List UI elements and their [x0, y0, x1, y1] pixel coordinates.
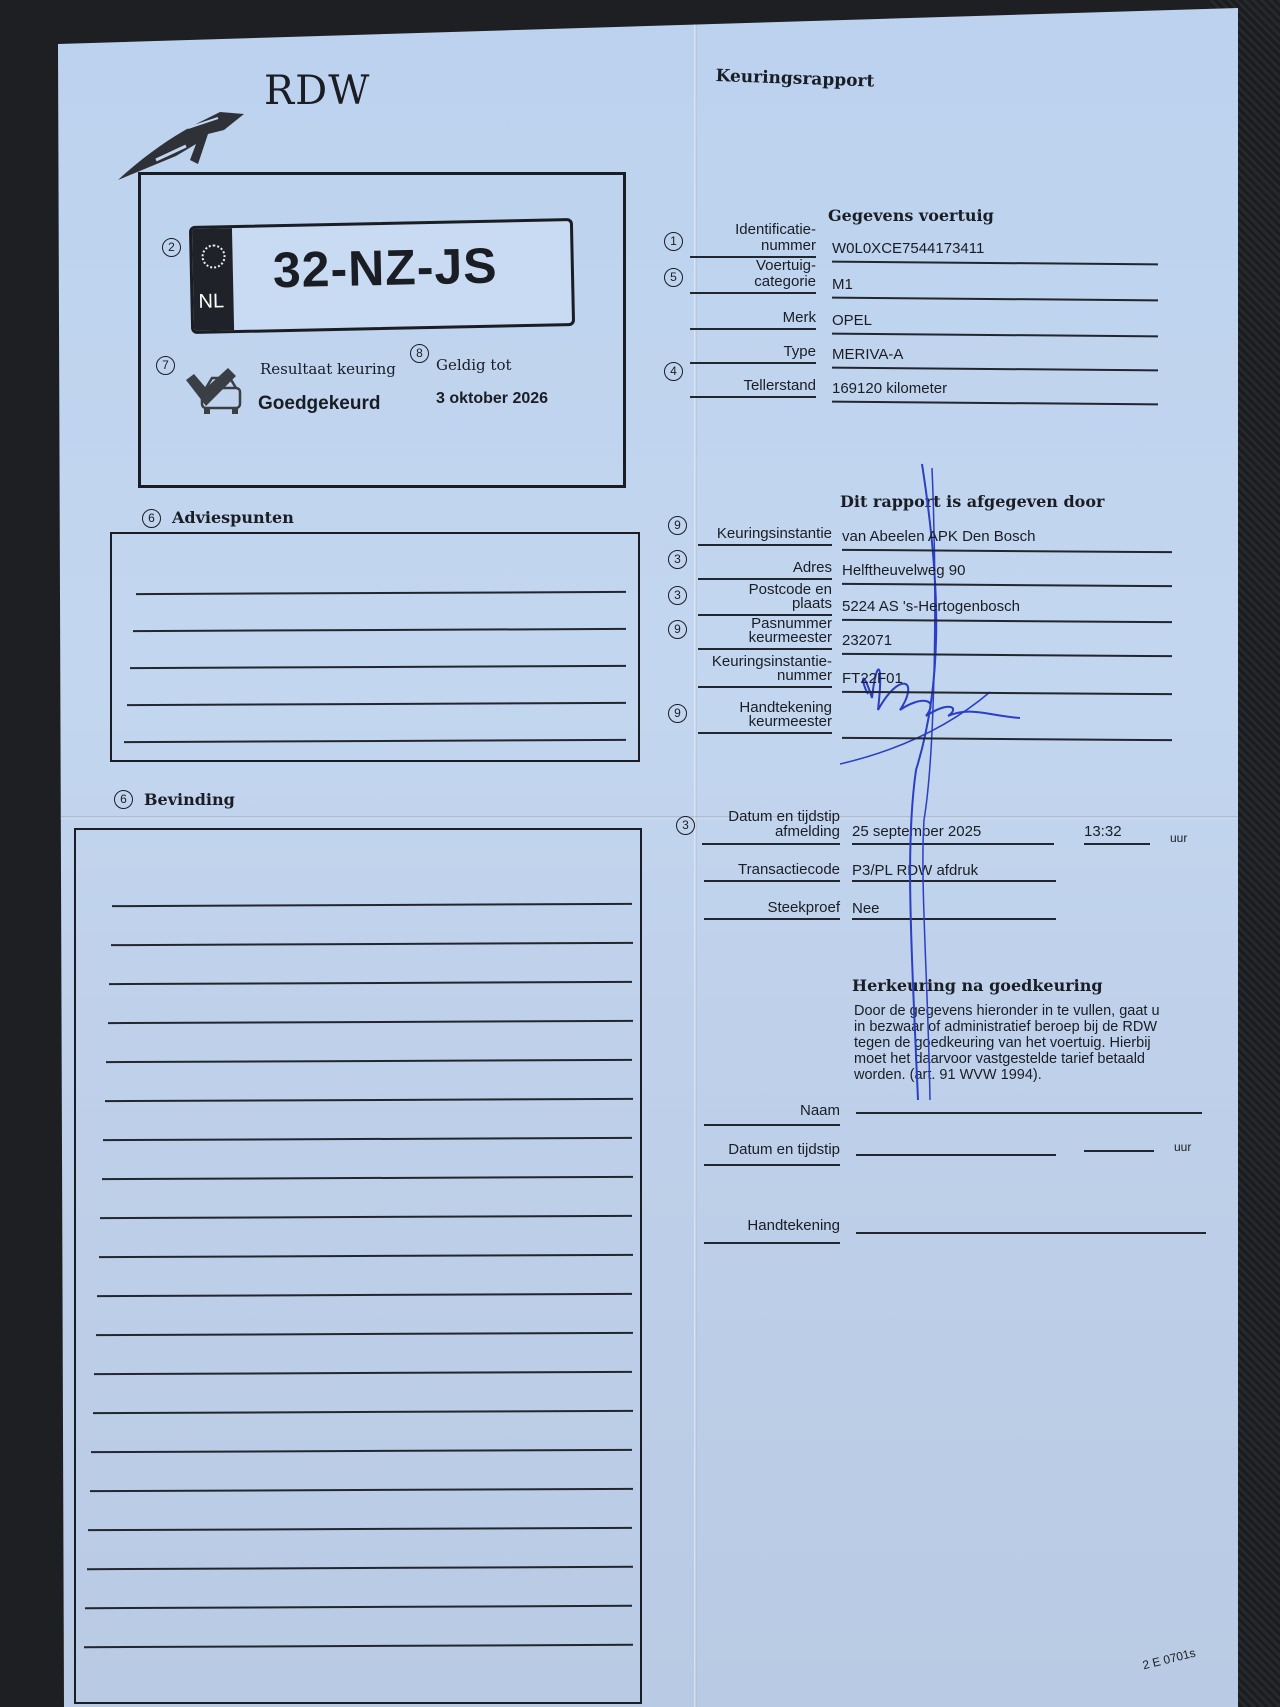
- issuer-label: keurmeester: [680, 714, 832, 729]
- vehicle-label: Merk: [680, 310, 816, 325]
- eu-band: NL: [192, 228, 234, 331]
- issuer-label: nummer: [680, 668, 832, 683]
- signature-input-label: Handtekening: [700, 1218, 840, 1233]
- handwritten-signature: [840, 460, 1040, 1100]
- time-input-line[interactable]: [1084, 1150, 1154, 1152]
- vehicle-section-heading: Gegevens voertuig: [828, 206, 994, 225]
- valid-until-label: Geldig tot: [436, 356, 512, 374]
- rdw-logo-text: RDW: [264, 68, 370, 114]
- vehicle-value: M1: [832, 276, 853, 293]
- valid-until-value: 3 oktober 2026: [436, 390, 548, 408]
- vehicle-value: 169120 kilometer: [832, 380, 947, 397]
- divider: [1084, 843, 1150, 845]
- divider: [698, 648, 832, 650]
- datetime-time-value: 13:32: [1084, 823, 1122, 840]
- field-number-badge: 7: [156, 356, 175, 375]
- divider: [698, 578, 832, 580]
- fold-crease-horizontal: [58, 816, 1238, 819]
- vehicle-label-line1: Voertuig-: [680, 258, 816, 273]
- time-unit: uur: [1170, 831, 1187, 845]
- issuer-label: Keuringsinstantie: [680, 526, 832, 541]
- issuer-value: 232071: [842, 632, 892, 649]
- license-plate: NL 32-NZ-JS: [189, 218, 575, 334]
- advice-box: [110, 532, 640, 762]
- vehicle-label-line1: Identificatie-: [680, 222, 816, 237]
- vehicle-value: MERIVA-A: [832, 346, 903, 363]
- vehicle-label: nummer: [680, 238, 816, 253]
- field-number-badge: 8: [410, 344, 429, 363]
- eu-stars-icon: [201, 244, 225, 268]
- divider: [702, 843, 840, 845]
- name-input-line[interactable]: [856, 1112, 1202, 1114]
- divider: [690, 292, 816, 294]
- sample-label: Steekproef: [680, 900, 840, 915]
- name-label: Naam: [700, 1103, 840, 1118]
- date-input-line[interactable]: [856, 1154, 1056, 1156]
- datetime-label: Datum en tijdstip afmelding: [680, 809, 840, 839]
- result-label: Resultaat keuring: [260, 360, 396, 378]
- divider: [698, 686, 832, 688]
- issuer-value: Helftheuvelweg 90: [842, 562, 965, 579]
- issuer-value: FT22F01: [842, 670, 903, 687]
- divider: [704, 1124, 840, 1126]
- divider: [690, 328, 816, 330]
- transaction-code-label: Transactiecode: [680, 862, 840, 877]
- issuer-label: plaats: [680, 596, 832, 611]
- divider: [698, 732, 832, 734]
- vehicle-value: W0L0XCE7544173411: [832, 240, 984, 257]
- findings-box: [74, 828, 642, 1704]
- issuer-label: Adres: [680, 560, 832, 575]
- country-code: NL: [198, 290, 224, 314]
- vehicle-label: Tellerstand: [680, 378, 816, 393]
- vehicle-label: categorie: [680, 274, 816, 289]
- field-number-badge: 6: [114, 790, 133, 809]
- issuer-value: van Abeelen APK Den Bosch: [842, 528, 1035, 545]
- divider: [704, 1242, 840, 1244]
- divider: [704, 880, 840, 882]
- plate-number: 32-NZ-JS: [272, 237, 498, 300]
- advice-heading: Adviespunten: [172, 508, 294, 527]
- findings-heading: Bevinding: [144, 790, 235, 809]
- issuer-label: keurmeester: [680, 630, 832, 645]
- result-value: Goedgekeurd: [258, 393, 380, 415]
- time-unit: uur: [1174, 1140, 1191, 1154]
- issuer-value: 5224 AS 's-Hertogenbosch: [842, 598, 1020, 615]
- datetime-input-label: Datum en tijdstip: [700, 1142, 840, 1157]
- field-number-badge: 6: [142, 509, 161, 528]
- car-approved-icon: [184, 366, 246, 418]
- signature-input-line[interactable]: [856, 1232, 1206, 1234]
- vehicle-value: OPEL: [832, 312, 872, 329]
- divider: [690, 396, 816, 398]
- divider: [704, 1164, 840, 1166]
- divider: [690, 362, 816, 364]
- field-number-badge: 2: [162, 238, 181, 257]
- divider: [698, 544, 832, 546]
- vehicle-label: Type: [680, 344, 816, 359]
- divider: [704, 918, 840, 920]
